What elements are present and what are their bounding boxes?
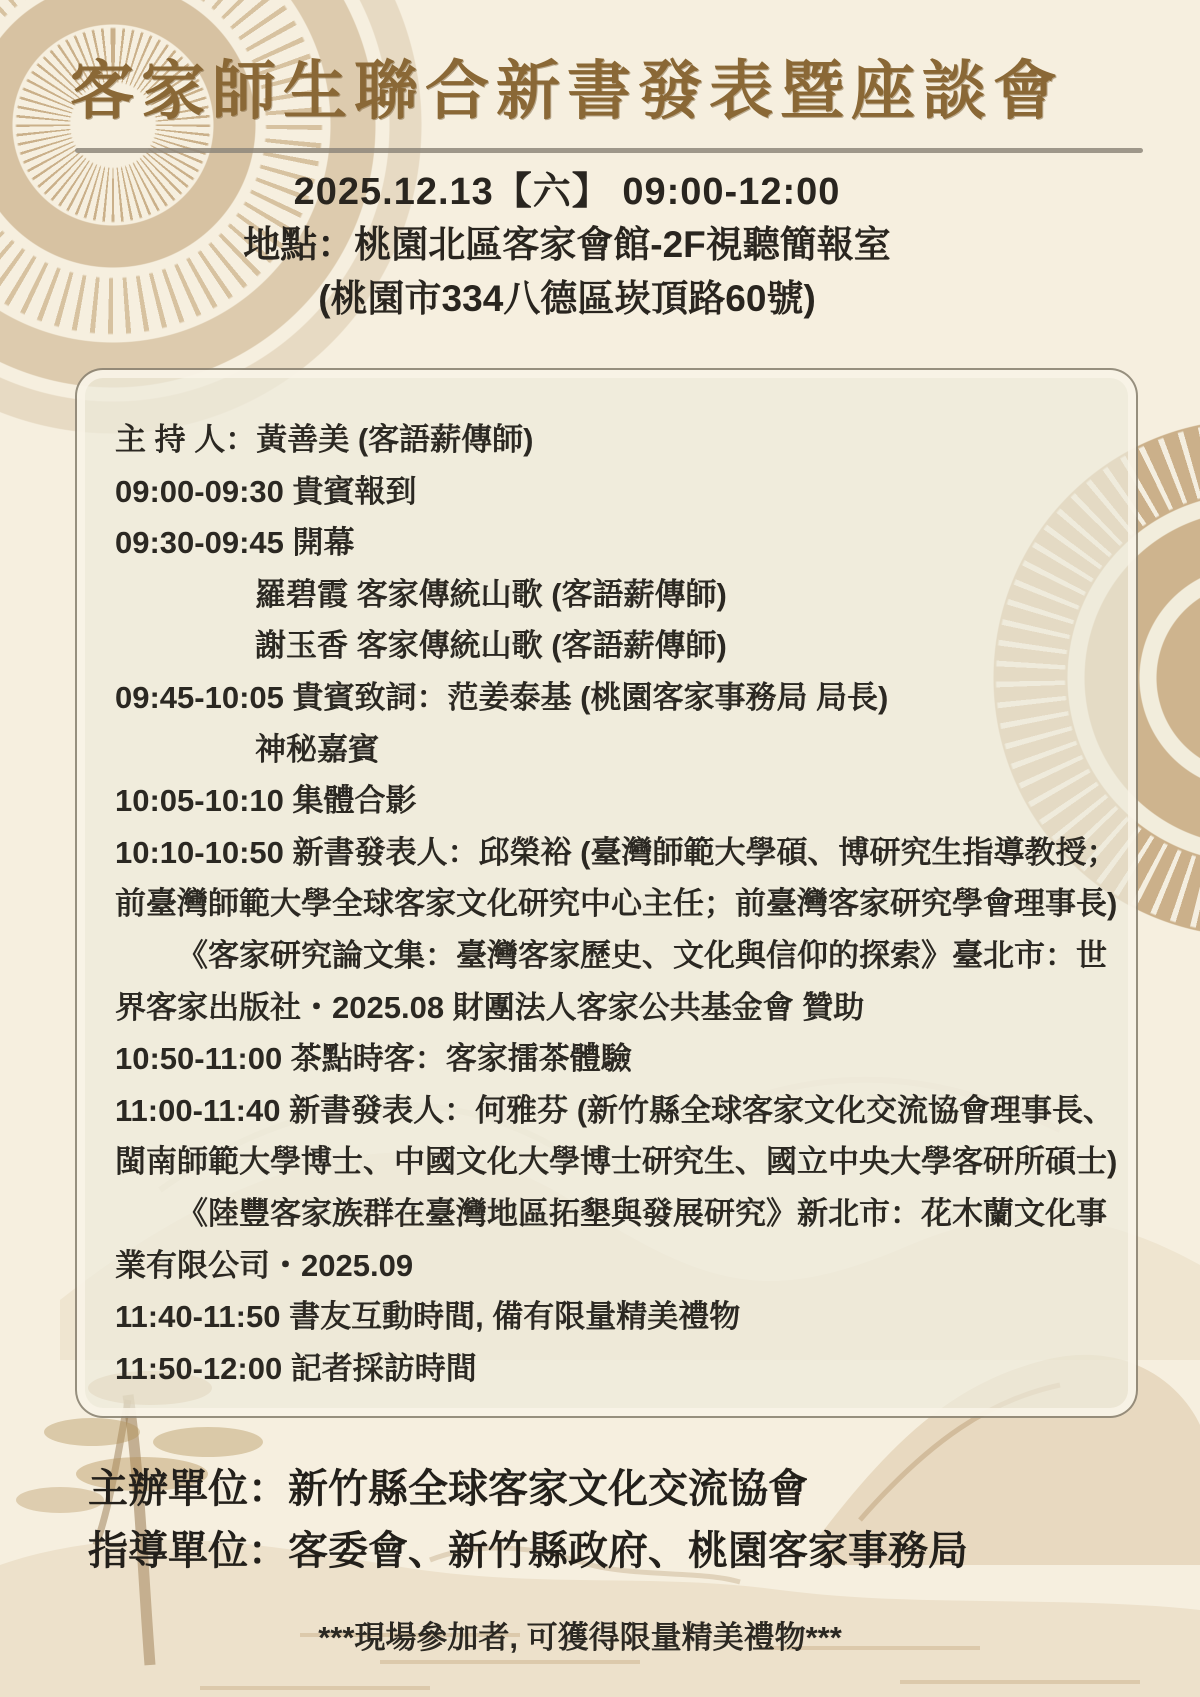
footer-note: ***現場參加者, 可獲得限量精美禮物*** — [0, 1612, 1160, 1657]
schedule-line: 主 持 人：黃善美 (客語薪傳師) — [115, 414, 1098, 466]
organizer-block: 主辦單位：新竹縣全球客家文化交流協會 指導單位：客委會、新竹縣政府、桃園客家事務… — [88, 1458, 968, 1582]
schedule-line: 11:40-11:50 書友互動時間, 備有限量精美禮物 — [115, 1291, 1098, 1343]
poster-title: 客家師生聯合新書發表暨座談會 — [0, 40, 1134, 132]
schedule-line: 09:00-09:30 貴賓報到 — [115, 466, 1098, 518]
schedule-line: 10:50-11:00 茶點時客：客家擂茶體驗 — [115, 1033, 1098, 1085]
schedule-line: 神秘嘉賓 — [115, 724, 1098, 776]
title-underline — [75, 148, 1143, 153]
schedule-line: 前臺灣師範大學全球客家文化研究中心主任；前臺灣客家研究學會理事長) — [115, 878, 1098, 930]
schedule-line: 業有限公司・2025.09 — [115, 1240, 1098, 1292]
schedule-line: 10:10-10:50 新書發表人：邱榮裕 (臺灣師範大學碩、博研究生指導教授； — [115, 827, 1098, 879]
schedule-line: 《陸豐客家族群在臺灣地區拓墾與發展研究》新北市：花木蘭文化事 — [115, 1188, 1098, 1240]
schedule-panel: 主 持 人：黃善美 (客語薪傳師) 09:00-09:30 貴賓報到 09:30… — [75, 368, 1138, 1418]
schedule-line: 09:45-10:05 貴賓致詞：范姜泰基 (桃園客家事務局 局長) — [115, 672, 1098, 724]
schedule-line: 謝玉香 客家傳統山歌 (客語薪傳師) — [115, 620, 1098, 672]
schedule-line: 10:05-10:10 集體合影 — [115, 775, 1098, 827]
event-poster: 客家師生聯合新書發表暨座談會 2025.12.13【六】 09:00-12:00… — [0, 0, 1200, 1697]
event-address: (桃園市334八德區崁頂路60號) — [0, 268, 1134, 322]
event-datetime: 2025.12.13【六】 09:00-12:00 — [0, 160, 1134, 215]
event-location: 地點：桃園北區客家會館-2F視聽簡報室 — [0, 214, 1134, 268]
schedule-line: 羅碧霞 客家傳統山歌 (客語薪傳師) — [115, 569, 1098, 621]
organizer-line: 主辦單位：新竹縣全球客家文化交流協會 — [88, 1458, 968, 1520]
advisor-line: 指導單位：客委會、新竹縣政府、桃園客家事務局 — [88, 1520, 968, 1582]
schedule-line: 閩南師範大學博士、中國文化大學博士研究生、國立中央大學客研所碩士) — [115, 1136, 1098, 1188]
schedule-line: 11:50-12:00 記者採訪時間 — [115, 1343, 1098, 1395]
schedule-line: 界客家出版社・2025.08 財團法人客家公共基金會 贊助 — [115, 982, 1098, 1034]
schedule-line: 11:00-11:40 新書發表人：何雅芬 (新竹縣全球客家文化交流協會理事長、 — [115, 1085, 1098, 1137]
schedule-line: 《客家研究論文集：臺灣客家歷史、文化與信仰的探索》臺北市：世 — [115, 930, 1098, 982]
schedule-line: 09:30-09:45 開幕 — [115, 517, 1098, 569]
